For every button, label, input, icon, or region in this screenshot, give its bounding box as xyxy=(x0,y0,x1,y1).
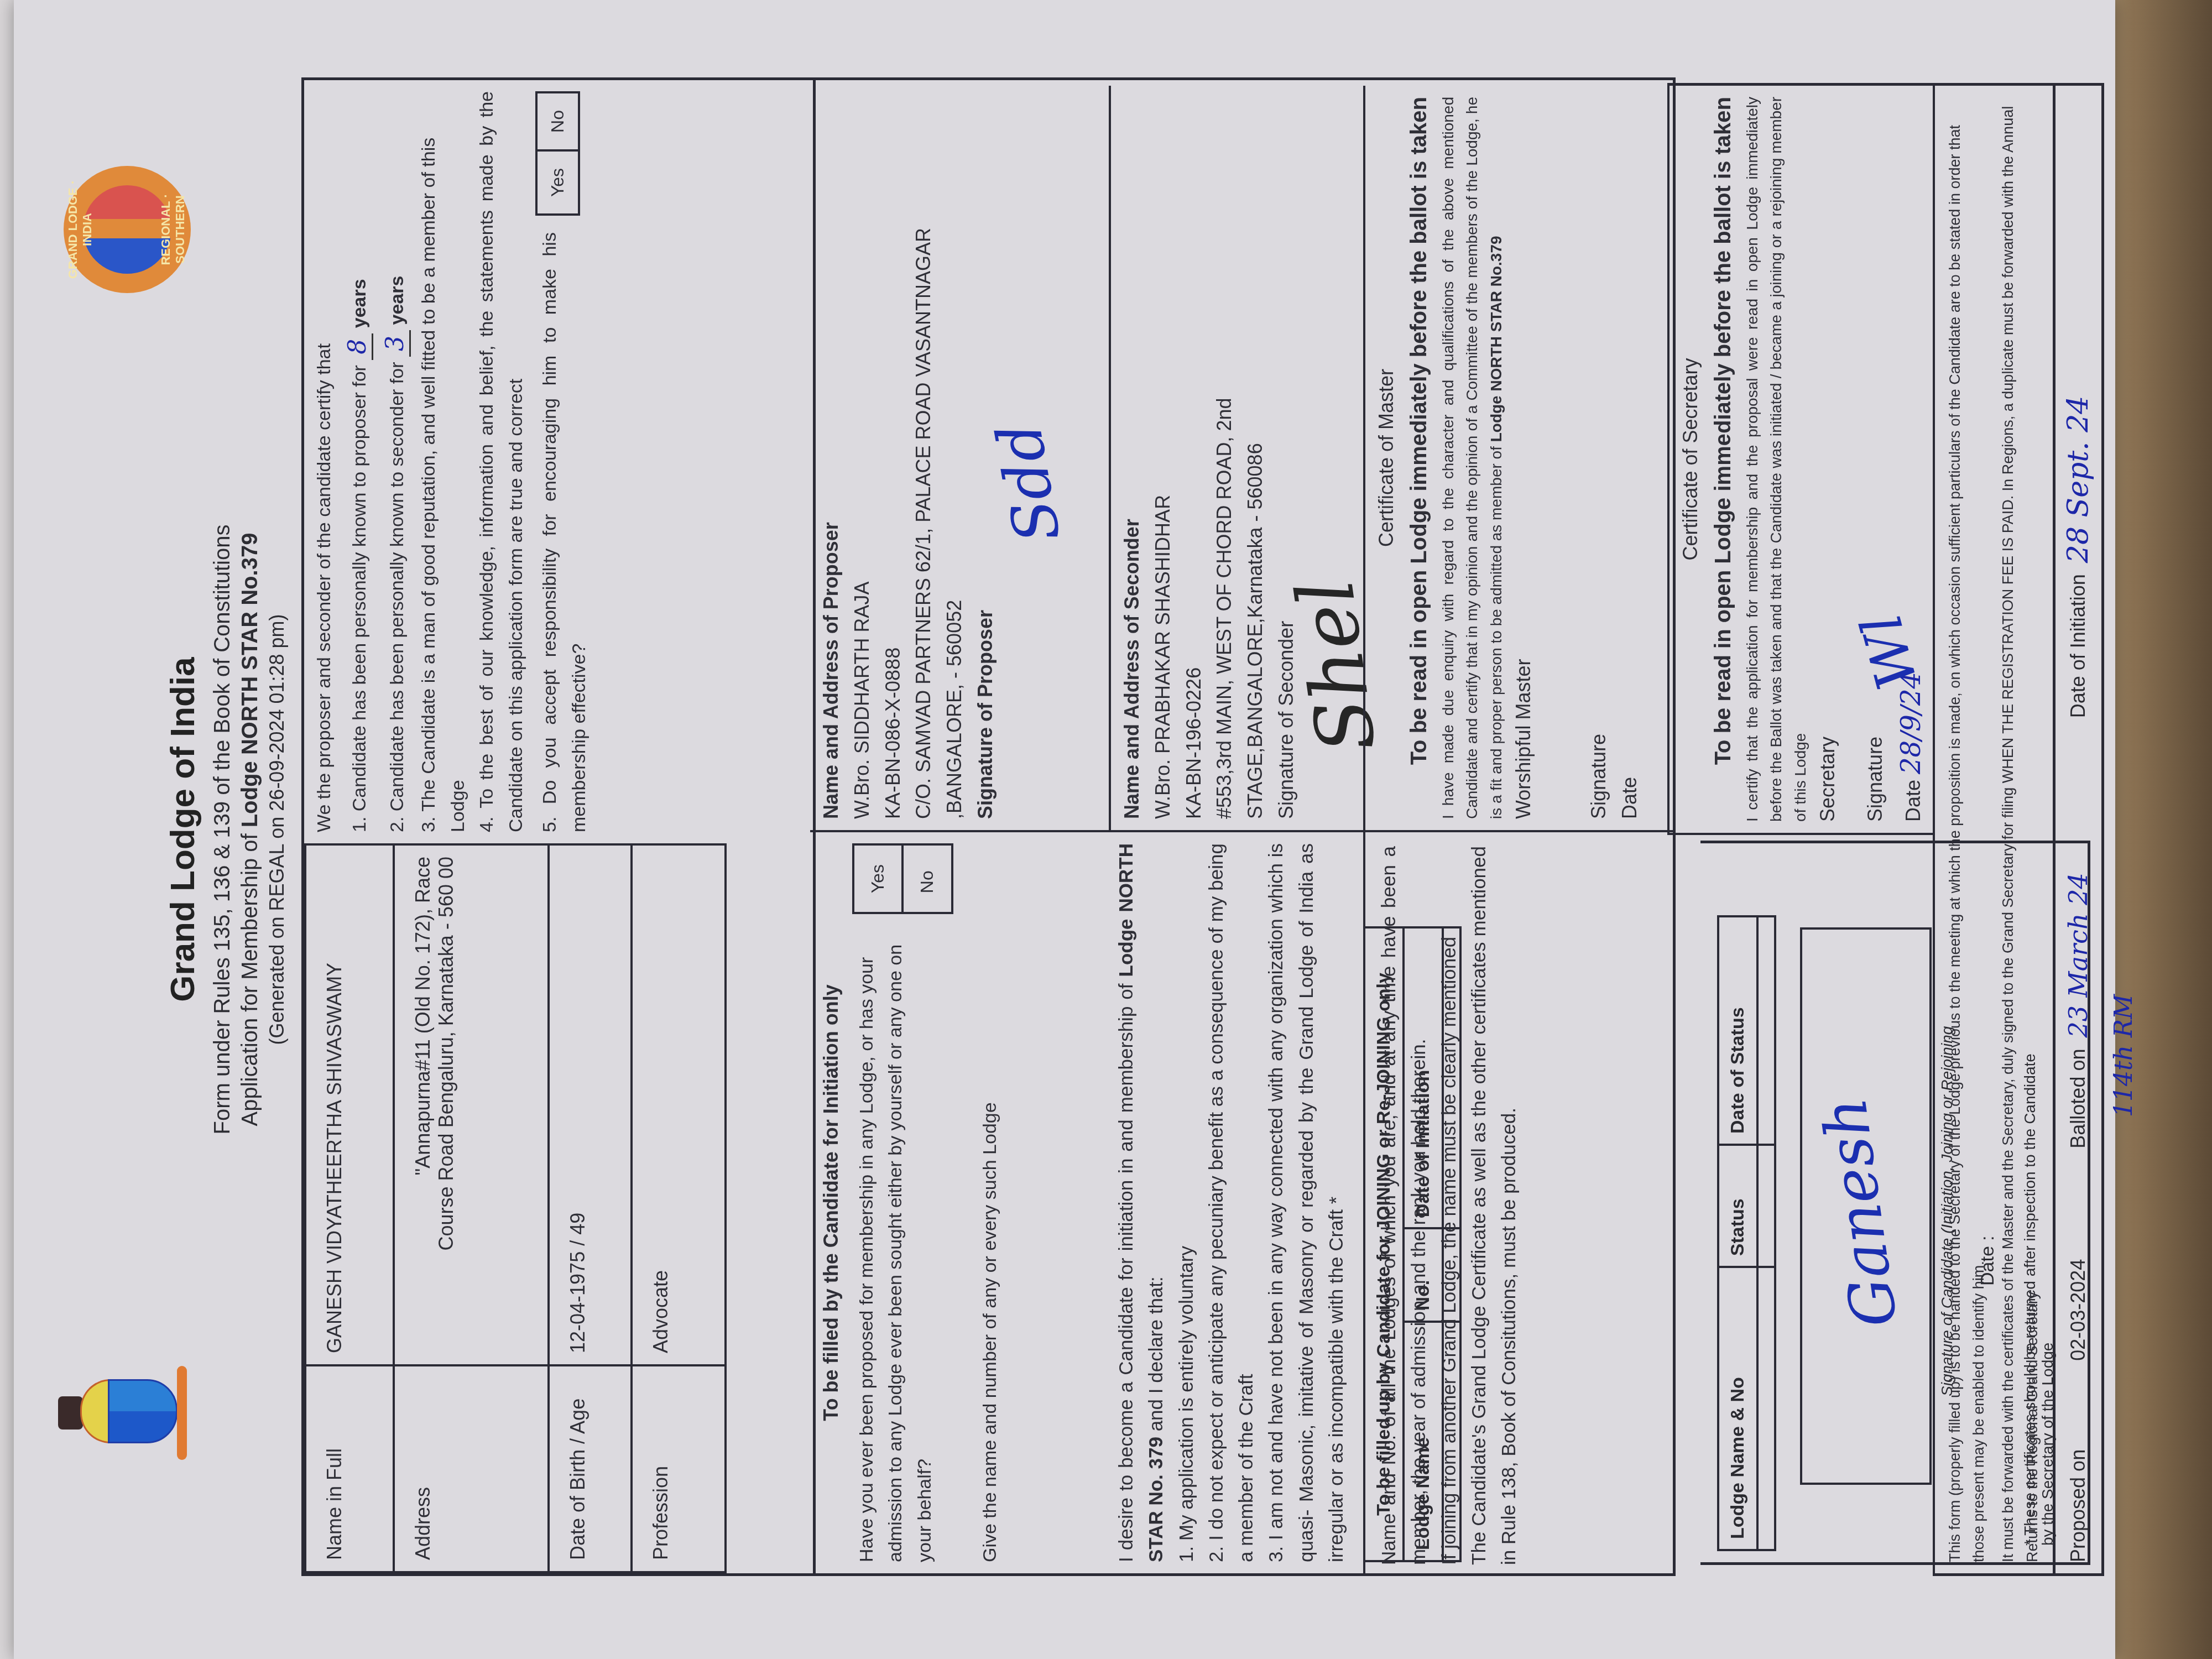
prior-proposal-choice: Yes No xyxy=(852,843,953,914)
master-cert-title: Certificate of Master xyxy=(1371,97,1402,819)
initiation-date-label: Date of Initiation xyxy=(2067,574,2090,718)
declaration-block: I desire to become a Candidate for initi… xyxy=(1112,843,1352,1562)
certify-block: We the proposer and seconder of the cand… xyxy=(310,91,593,832)
master-role: Worshipful Master xyxy=(1508,97,1539,819)
page-title: Grand Lodge of India xyxy=(163,0,202,1659)
declaration-item-3: 3. I am not and have not been in any way… xyxy=(1261,843,1352,1562)
certify-item-4: 4. To the best of our knowledge, informa… xyxy=(472,91,530,832)
shield-chief xyxy=(80,1379,111,1443)
proposed-label: Proposed on xyxy=(2067,1449,2090,1562)
seconder-address-line-2: STAGE,BANGALORE,Karnataka - 560086 xyxy=(1240,97,1271,819)
declaration-intro: I desire to become a Candidate for initi… xyxy=(1112,843,1172,1562)
joining-note-3: The Candidate's Grand Lodge Certificate … xyxy=(1464,846,1525,1565)
seal-emblem xyxy=(83,185,171,274)
certify-item-1-text: 1. Candidate has been personally known t… xyxy=(349,365,370,832)
initiation-heading: To be filled by the Candidate for Initia… xyxy=(816,843,847,1562)
initiation-question: Have you ever been proposed for membersh… xyxy=(852,925,953,1562)
joining-notes: Name and No. of all the Lodges of which … xyxy=(1374,846,1524,1565)
crest-icon xyxy=(58,1396,83,1430)
declaration-intro-text: I desire to become a Candidate for initi… xyxy=(1115,983,1137,1562)
status-table-header: Lodge Name & NoStatusDate of Status xyxy=(1718,916,1757,1550)
secretary-role: Secretary xyxy=(1812,97,1843,822)
balloted-label: Balloted on xyxy=(2067,1049,2090,1149)
master-date-field[interactable]: Date xyxy=(1614,97,1645,819)
proposer-reg-no: KA-BN-086-X-0888 xyxy=(878,97,909,819)
proposer-years-field[interactable]: 8 xyxy=(343,333,373,360)
dates-row: Proposed on 02-03-2024 Balloted on 23 Ma… xyxy=(2054,83,2104,1576)
responsibility-yes-option[interactable]: Yes xyxy=(538,152,578,213)
secretary-cert-title: Certificate of Secretary xyxy=(1675,97,1706,822)
joining-note-2: If joining from another Grand Lodge, the… xyxy=(1434,846,1464,1565)
status-column-header: Status xyxy=(1718,1145,1757,1267)
proposer-signature: Sdd xyxy=(972,416,1086,550)
master-cert-lodge: Lodge NORTH STAR No.379 xyxy=(1488,236,1505,442)
profession-label: Profession xyxy=(632,1365,726,1572)
address-line-2: Course Road Bengaluru, Karnataka - 560 0… xyxy=(435,857,458,1353)
initiation-question-row: Have you ever been proposed for membersh… xyxy=(852,843,953,1562)
certify-item-2-text: 2. Candidate has been personally known t… xyxy=(387,362,408,832)
address-label: Address xyxy=(394,1365,549,1572)
status-column-header: Date of Status xyxy=(1718,916,1757,1145)
responsibility-choice: YesNo xyxy=(535,91,581,216)
footer-note-1: This form (properly filled up) is to be … xyxy=(1943,97,1991,1562)
certify-item-5: 5. Do you accept responsibility for enco… xyxy=(535,232,593,832)
prior-proposal-no-option[interactable]: No xyxy=(901,846,951,912)
master-cert-subtitle: To be read in open Lodge immediately bef… xyxy=(1402,97,1436,819)
form-rules: Form under Rules 135, 136 & 139 of the B… xyxy=(210,0,235,1659)
status-column-header: Lodge Name & No xyxy=(1718,1267,1757,1550)
give-lodge-name-prompt: Give the name and number of any or every… xyxy=(975,843,1005,1562)
proposer-address-line-2: ,BANGALORE, - 560052 xyxy=(939,97,970,819)
declaration-item-1: 1. My application is entirely voluntary xyxy=(1172,843,1202,1562)
proposer-heading: Name and Address of Proposer xyxy=(816,97,847,819)
secretary-cert-body: I certify that the application for membe… xyxy=(1740,97,1812,822)
proposer-name: W.Bro. SIDDHARTH RAJA xyxy=(847,97,878,819)
candidate-signature: Ganesh xyxy=(1809,1093,1911,1331)
secretary-date-label: Date xyxy=(1902,780,1924,822)
certify-item-5-row: 5. Do you accept responsibility for enco… xyxy=(535,91,593,832)
declaration-item-2: 2. I do not expect or anticipate any pec… xyxy=(1202,843,1262,1562)
application-prefix: Application for Membership of xyxy=(238,827,262,1126)
seconder-years-field[interactable]: 3 xyxy=(381,330,411,357)
application-line: Application for Membership of Lodge NORT… xyxy=(238,0,263,1659)
master-cert-body: I have made due enquiry with regard to t… xyxy=(1436,97,1508,819)
certify-item-1: 1. Candidate has been personally known t… xyxy=(339,91,377,832)
secretary-date-row: Date 28/9/24 xyxy=(1891,97,1932,822)
secretary-cert-subtitle: To be read in open Lodge immediately bef… xyxy=(1706,97,1740,822)
seconder-block: Name and Address of Seconder W.Bro. PRAB… xyxy=(1109,86,1363,832)
name-label: Name in Full xyxy=(305,1365,394,1572)
address-value[interactable]: "Annapurna#11 (Old No. 172), Race Course… xyxy=(394,844,549,1365)
initiation-block: To be filled by the Candidate for Initia… xyxy=(816,843,1005,1562)
prior-proposal-yes-option[interactable]: Yes xyxy=(854,846,902,912)
seconder-name: W.Bro. PRABHAKAR SHASHIDHAR xyxy=(1147,97,1178,819)
seal-text-top: GRAND LODGE · INDIA xyxy=(66,166,95,293)
certify-item-2: 2. Candidate has been personally known t… xyxy=(377,91,414,832)
years-label: years xyxy=(387,276,408,325)
master-cert-body-text: I have made due enquiry with regard to t… xyxy=(1439,97,1505,819)
dob-value[interactable]: 12-04-1975 / 49 xyxy=(549,844,632,1365)
seconder-reg-no: KA-BN-196-0226 xyxy=(1178,97,1209,819)
dob-label: Date of Birth / Age xyxy=(549,1365,632,1572)
middle-section: To be filled by the Candidate for Initia… xyxy=(810,77,1676,1576)
status-table: Lodge Name & NoStatusDate of Status xyxy=(1717,915,1776,1551)
application-lodge: Lodge NORTH STAR No.379 xyxy=(238,533,262,828)
footer-notes: This form (properly filled up) is to be … xyxy=(1933,83,2056,1576)
application-form-page: GRAND LODGE · INDIA REGIONAL · SOUTHERN … xyxy=(14,0,2115,1659)
candidate-details-table: Name in Full GANESH VIDYATHEERTHA SHIVAS… xyxy=(304,843,727,1573)
responsibility-no-option[interactable]: No xyxy=(538,93,578,152)
master-signature-field[interactable]: Signature xyxy=(1583,97,1614,819)
top-section: Name in Full GANESH VIDYATHEERTHA SHIVAS… xyxy=(301,77,816,1576)
years-label: years xyxy=(349,279,370,328)
footer-note-2: It must be forwarded with the certificat… xyxy=(1996,97,2044,1562)
master-certificate: Certificate of Master To be read in open… xyxy=(1363,86,1673,832)
candidate-signature-box[interactable]: Ganesh xyxy=(1800,927,1932,1485)
address-line-1: "Annapurna#11 (Old No. 172), Race xyxy=(411,857,435,1353)
proposed-date-field[interactable]: 02-03-2024 xyxy=(2067,1259,2090,1361)
certify-item-3: 3. The Candidate is a man of good reputa… xyxy=(414,91,472,832)
handwritten-note: 114th RM xyxy=(2110,994,2138,1117)
secretary-certificate: Certificate of Secretary To be read in o… xyxy=(1667,83,1933,835)
seconder-address-line-1: #553,3rd MAIN, WEST OF CHORD ROAD, 2nd xyxy=(1209,97,1240,819)
initiation-date-field[interactable]: 28 Sept. 24 xyxy=(2062,396,2095,564)
declaration-intro-post: and I declare that: xyxy=(1145,1276,1167,1437)
profession-value[interactable]: Advocate xyxy=(632,844,726,1365)
proposer-address-line-1: C/O. SAMVAD PARTNERS 62/1, PALACE ROAD V… xyxy=(908,97,939,819)
name-value[interactable]: GANESH VIDYATHEERTHA SHIVASWAMY xyxy=(305,844,394,1365)
secretary-signature-field[interactable]: Signature xyxy=(1860,97,1891,822)
joining-note-1: Name and No. of all the Lodges of which … xyxy=(1374,846,1434,1565)
generated-stamp: (Generated on REGAL on 26-09-2024 01:28 … xyxy=(265,0,289,1659)
balloted-date-field[interactable]: 23 March 24 xyxy=(2063,873,2093,1037)
divider xyxy=(1363,832,1365,1573)
certify-intro: We the proposer and seconder of the cand… xyxy=(310,91,339,832)
proposer-block: Name and Address of Proposer W.Bro. SIDD… xyxy=(810,86,1109,832)
seconder-heading: Name and Address of Seconder xyxy=(1117,97,1147,819)
